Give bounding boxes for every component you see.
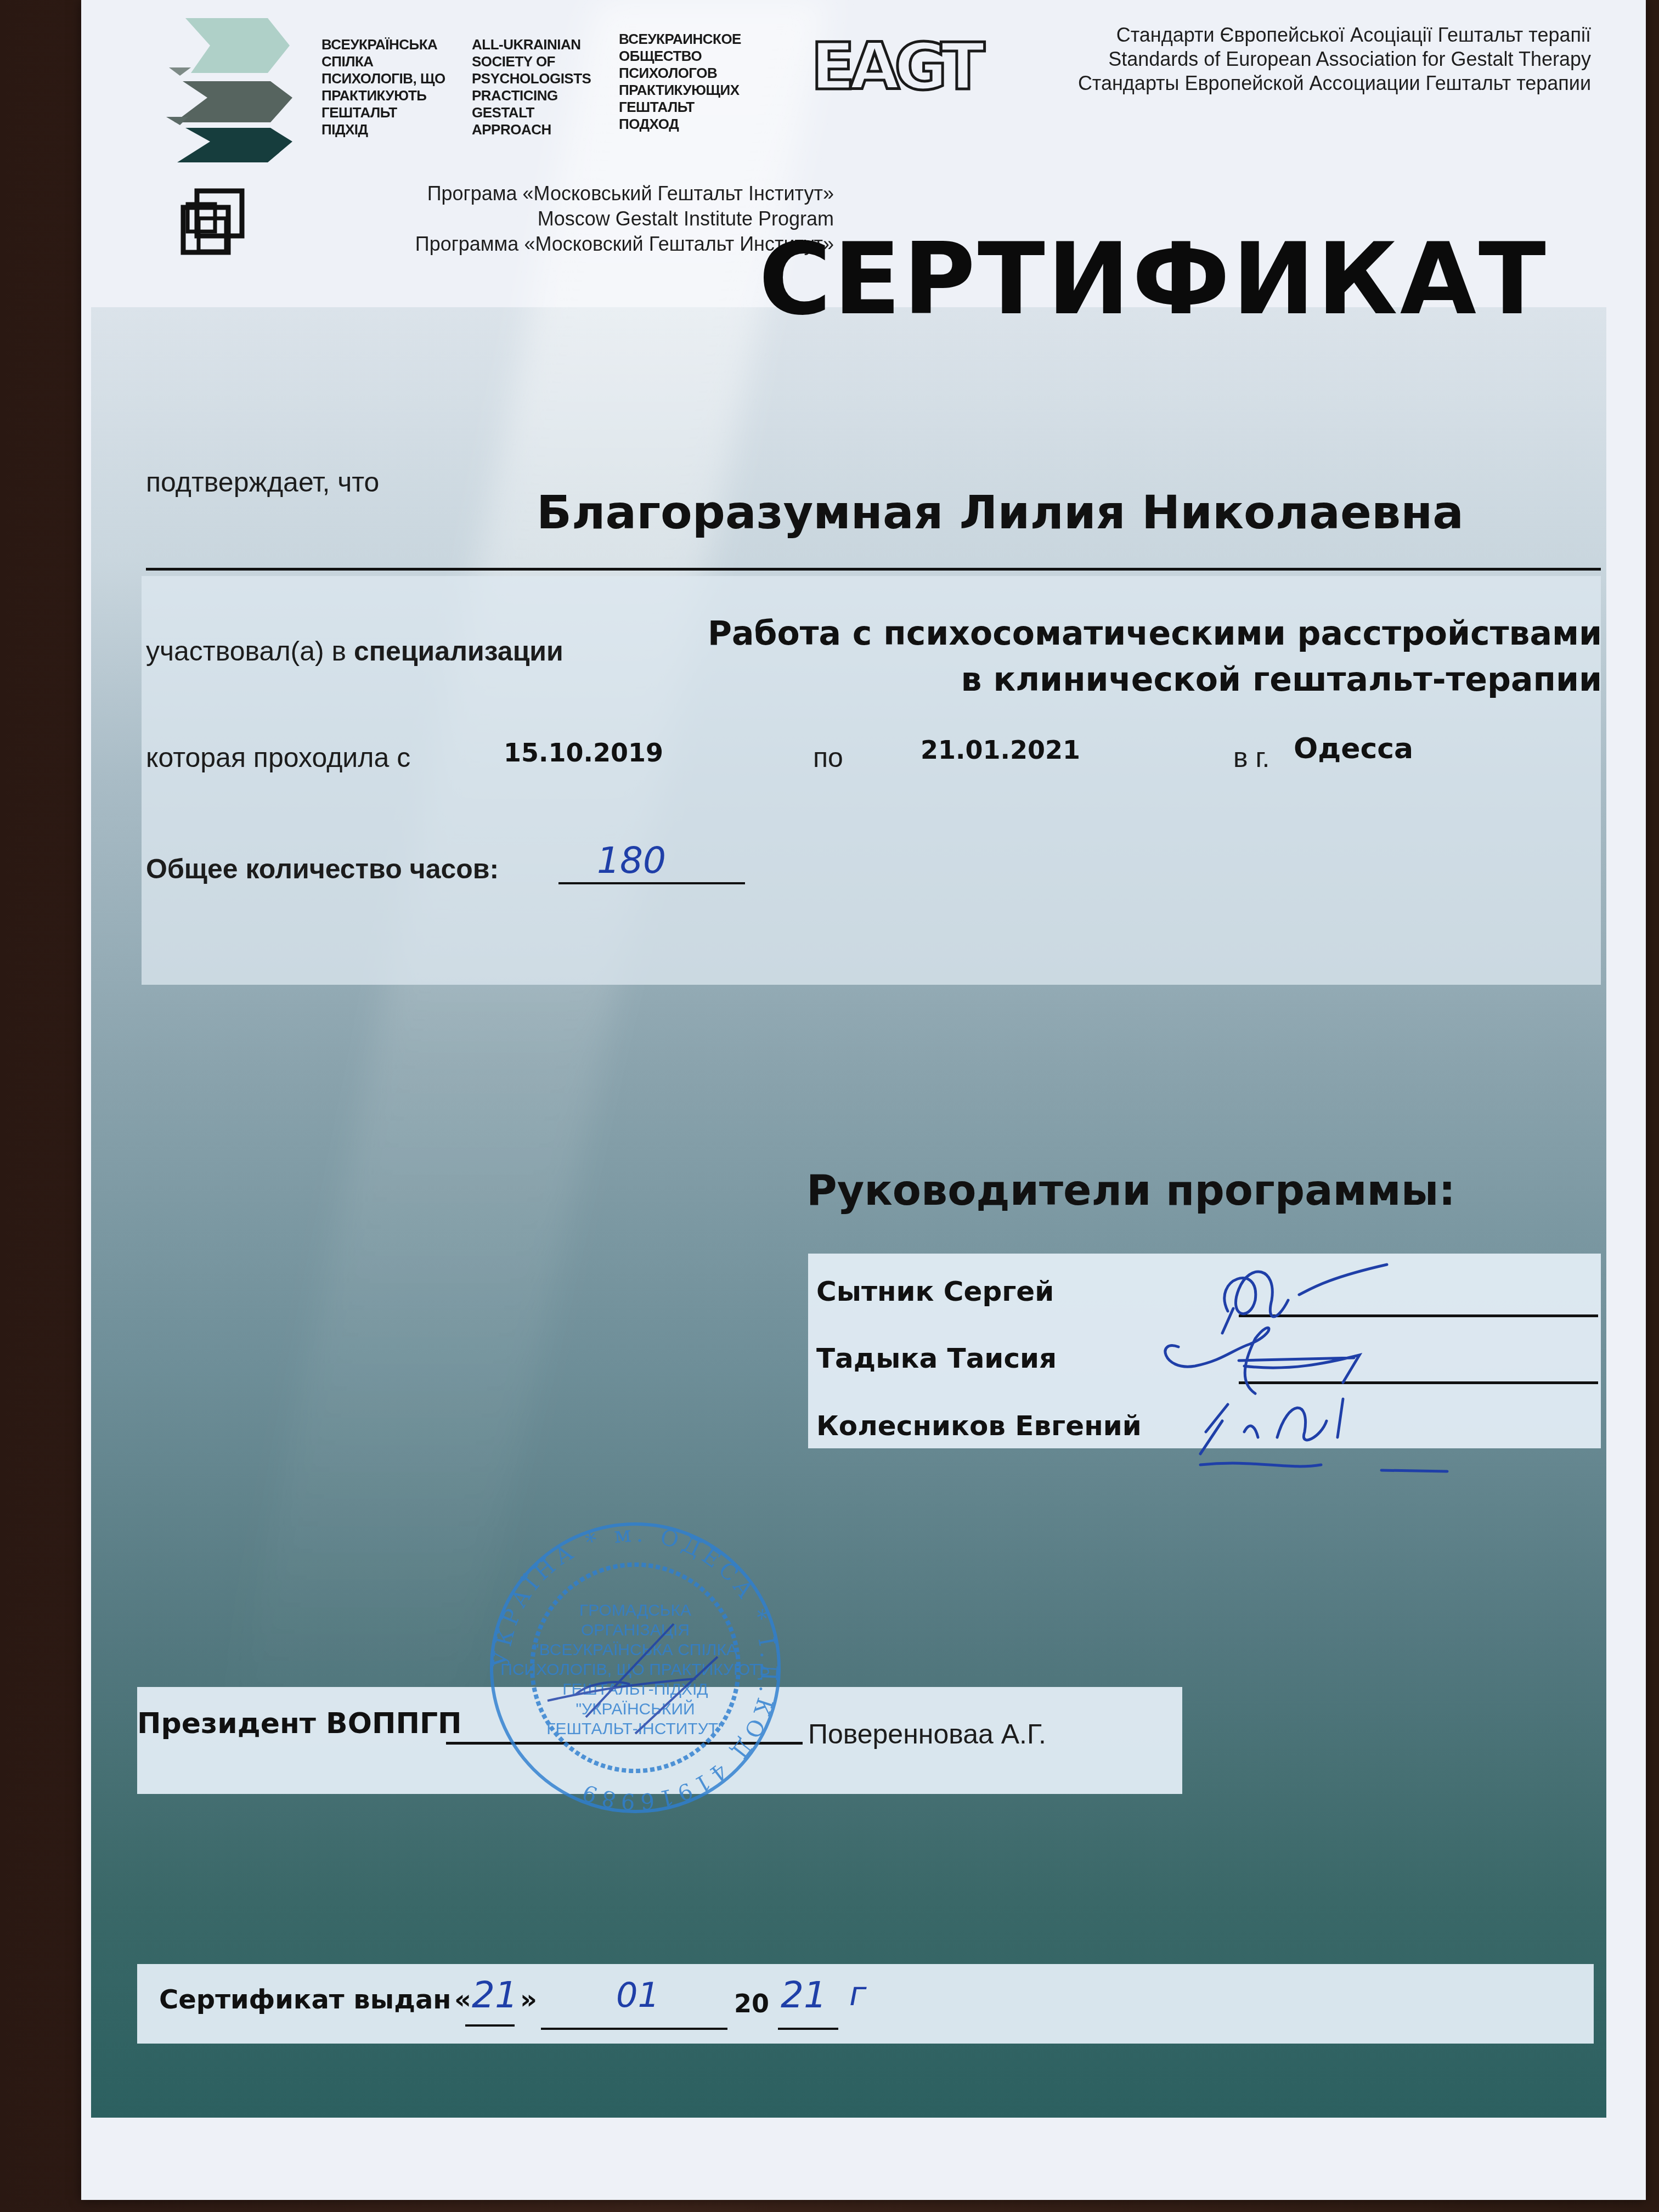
vspgp-chevron-logo-icon — [158, 15, 301, 163]
day-underline — [465, 2024, 515, 2027]
certificate-title: СЕРТИФИКАТ — [759, 222, 1548, 337]
leader-signatures-icon — [1145, 1256, 1606, 1489]
org-name-english: ALL-UKRAINIANSOCIETY OFPSYCHOLOGISTSPRAC… — [472, 36, 591, 138]
issued-label: Сертификат выдан — [159, 1984, 451, 2015]
president-name: Поверенноваа А.Г. — [808, 1718, 1046, 1750]
city-label: в г. — [1233, 742, 1269, 774]
name-underline — [146, 568, 1601, 571]
issued-year-suffix: 21 — [781, 1974, 827, 2016]
leader-name: Тадыка Таисия — [816, 1342, 1057, 1374]
recipient-name: Благоразумная Лилия Николаевна — [537, 486, 1464, 539]
issued-open-quote: « — [454, 1984, 471, 2015]
issued-close-quote: » — [520, 1984, 537, 2015]
org-name-russian: ВСЕУКРАИНСКОЕОБЩЕСТВОПСИХОЛОГОВПРАКТИКУЮ… — [619, 31, 741, 133]
hours-value: 180 — [597, 839, 666, 882]
certificate-page: ВСЕУКРАЇНСЬКАСПІЛКАПСИХОЛОГІВ, ЩОПРАКТИК… — [81, 0, 1646, 2200]
month-underline — [541, 2028, 727, 2030]
year-underline — [778, 2028, 838, 2030]
leaders-heading: Руководители программы: — [806, 1166, 1455, 1215]
confirms-label: подтверждает, что — [146, 466, 379, 498]
issued-year-abbr: г — [849, 1975, 867, 2013]
city: Одесса — [1294, 732, 1413, 765]
org-name-ukrainian: ВСЕУКРАЇНСЬКАСПІЛКАПСИХОЛОГІВ, ЩОПРАКТИК… — [321, 36, 445, 138]
svg-text:"ВСЕУКРАЇНСЬКА СПІЛКА: "ВСЕУКРАЇНСЬКА СПІЛКА — [533, 1641, 737, 1659]
date-from: 15.10.2019 — [504, 738, 663, 768]
to-label: по — [813, 742, 843, 774]
mgi-squares-logo-icon — [178, 187, 249, 260]
held-label: которая проходила с — [146, 742, 410, 774]
hours-label: Общее количество часов: — [146, 853, 499, 885]
participated-label: участвовал(а) в специализации — [146, 635, 563, 667]
organization-stamp-icon: УКРАЇНА * м. ОДЕСА * І.Д.КОД 41916989 ГР… — [487, 1520, 783, 1816]
svg-text:ГРОМАДСЬКА: ГРОМАДСЬКА — [579, 1601, 691, 1620]
hours-underline — [558, 882, 745, 884]
issued-month: 01 — [616, 1975, 659, 2015]
eagt-logo-icon: EAGT — [811, 29, 979, 104]
issued-day: 21 — [472, 1974, 518, 2016]
leader-name: Колесников Евгений — [816, 1410, 1142, 1442]
date-to: 21.01.2021 — [921, 735, 1080, 765]
president-label: Президент ВОППГП — [137, 1707, 462, 1740]
leader-name: Сытник Сергей — [816, 1276, 1054, 1307]
issued-year-prefix: 20 — [734, 1989, 769, 2018]
specialization-title: Работа с психосоматическими расстройства… — [708, 614, 1602, 699]
eagt-standards-text: Стандарти Європейської Асоціації Гешталь… — [1078, 23, 1591, 95]
svg-text:ГЕШТАЛЬТ-ІНСТИТУТ": ГЕШТАЛЬТ-ІНСТИТУТ" — [546, 1720, 724, 1738]
